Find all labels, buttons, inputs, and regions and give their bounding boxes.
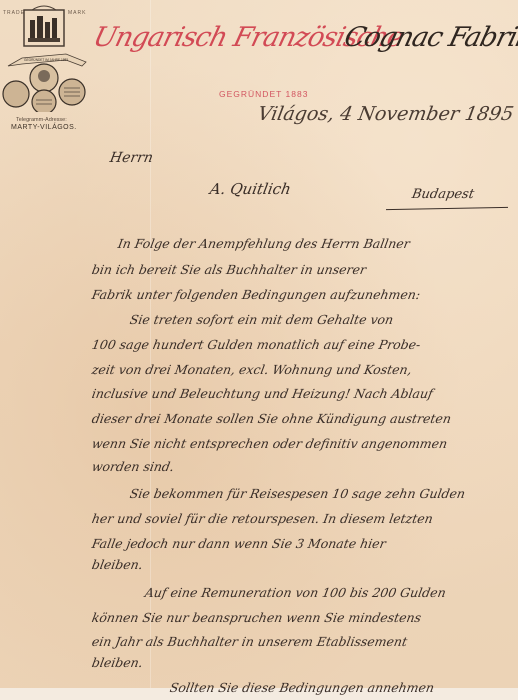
recipient-city: Budapest	[411, 187, 476, 202]
salutation: Herrn	[109, 150, 155, 166]
body-line: dieser drei Monate sollen Sie ohne Kündi…	[91, 411, 453, 426]
place-date: Világos, 4 November 1895	[256, 103, 515, 125]
telegram-label: Telegramm-Adresse:	[16, 117, 67, 123]
body-line: worden sind.	[91, 459, 176, 474]
body-line: bin ich bereit Sie als Buchhalter in uns…	[91, 262, 368, 277]
body-line: Sollten Sie diese Bedingungen annehmen	[169, 680, 436, 695]
body-line: Falle jedoch nur dann wenn Sie 3 Monate …	[91, 536, 387, 551]
svg-text:GEGRÜNDET IM JAHRE 1883: GEGRÜNDET IM JAHRE 1883	[24, 58, 68, 62]
body-line: können Sie nur beanspruchen wenn Sie min…	[91, 610, 423, 625]
body-line: Fabrik unter folgenden Bedingungen aufzu…	[91, 287, 422, 302]
body-line: 100 sage hundert Gulden monatlich auf ei…	[91, 337, 422, 352]
recipient-name: A. Quitlich	[208, 180, 292, 198]
body-line: inclusive und Beleuchtung und Heizung! N…	[91, 386, 434, 401]
body-line: her und soviel für die retourspesen. In …	[91, 511, 435, 526]
body-line: Sie treten sofort ein mit dem Gehalte vo…	[129, 312, 395, 327]
body-line: ein Jahr als Buchhalter in unserem Etabl…	[91, 634, 409, 649]
body-line: bleiben.	[91, 557, 144, 572]
body-line: zeit von drei Monaten, excl. Wohnung und…	[91, 362, 413, 377]
body-line: Sie bekommen für Reisespesen 10 sage zeh…	[129, 486, 467, 501]
trademark-emblem-icon: GEGRÜNDET IM JAHRE 1883	[2, 0, 98, 112]
body-line: Auf eine Remuneration von 100 bis 200 Gu…	[144, 585, 447, 600]
company-name-black: Cognac Fabrik	[341, 22, 518, 53]
body-line: wenn Sie nicht entsprechen oder definiti…	[91, 436, 449, 451]
telegram-address: MARTY-VILÁGOS.	[11, 124, 77, 131]
body-line: bleiben.	[91, 655, 144, 670]
body-line: In Folge der Anempfehlung des Herrn Ball…	[117, 236, 411, 251]
founded-year: GEGRÜNDET 1883	[219, 89, 308, 99]
